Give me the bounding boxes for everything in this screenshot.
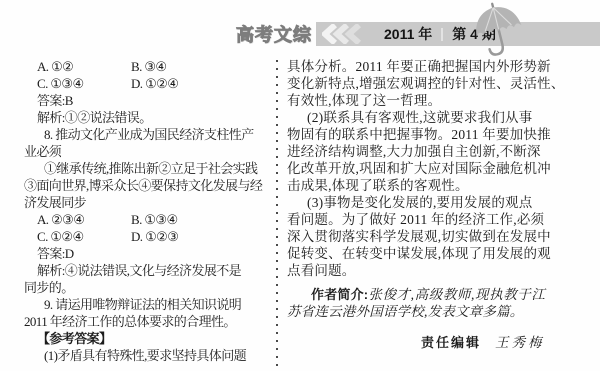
text-line: 具体分析。2011 年要正确把握国内外形势新 [287,58,580,75]
text-line: ③面向世界,博采众长④要保持文化发展与经 [24,177,276,194]
text-line: (2)联系具有客观性,这就要求我们从事 [287,109,580,126]
text-line: 促转变、在转变中谋发展,体现了用发展的观 [287,245,580,262]
author-intro-line: 作者简介:张俊才,高级教师,现执教于江 [287,286,580,303]
text-line: 同步的。 [24,279,276,296]
text-line: C. ①③④D. ①②④ [24,75,276,92]
answer-option: C. ①③④ [37,75,131,92]
triple-left-chevron-icon [322,24,366,44]
text-line: 化改革开放,巩固和扩大应对国际金融危机冲 [287,160,580,177]
text-line: 8. 推动文化产业成为国民经济支柱性产 [24,126,276,143]
text-line: 击成果,体现了联系的客观性。 [287,177,580,194]
text-line: A. ②③④B. ①③④ [24,211,276,228]
author-intro-line: 苏省连云港外国语学校,发表文章多篇。 [287,303,580,320]
answer-option: C. ①②④ [37,228,131,245]
left-column: A. ①②B. ③④C. ①③④D. ①②④答案:B解析:①②说法错误。8. 推… [24,58,276,364]
right-column-text: 具体分析。2011 年要正确把握国内外形势新变化新特点,增强宏观调控的针对性、灵… [287,58,580,279]
magazine-title: 高考文综 [236,24,312,46]
text-line: 解析:④说法错误,文化与经济发展不是 [24,262,276,279]
text-line: 答案:B [24,92,276,109]
issue-separator [441,28,443,41]
text-line: 2011 年经济工作的总体要求的合理性。 [24,313,276,330]
text-line: 看问题。为了做好 2011 年的经济工作,必须 [287,211,580,228]
text-line: 点看问题。 [287,262,580,279]
answer-option: D. ①②③ [131,228,178,245]
text-line: 答案:D [24,245,276,262]
text-line: 【参考答案】 [24,330,276,347]
text-line: 有效性,体现了这一哲理。 [287,92,580,109]
issue-year: 2011 年 [384,24,432,44]
text-line: 变化新特点,增强宏观调控的针对性、灵活性、 [287,75,580,92]
umbrella-icon [468,2,530,60]
text-line: C. ①②④D. ①②③ [24,228,276,245]
author-intro-label: 作者简介: [311,287,368,302]
text-line: 物固有的联系中把握事物。2011 年要加快推 [287,126,580,143]
text-line: (3)事物是变化发展的,要用发展的观点 [287,194,580,211]
author-intro: 作者简介:张俊才,高级教师,现执教于江 苏省连云港外国语学校,发表文章多篇。 [287,286,580,320]
text-line: 9. 请运用唯物辩证法的相关知识说明 [24,296,276,313]
editor-label: 责任编辑 [421,335,481,350]
author-intro-text: 张俊才,高级教师,现执教于江 [368,287,545,302]
text-line: 济发展同步 [24,194,276,211]
magazine-page: 高考文综 2011 年 第 4 期 A. ①②B. ③④C. ①③④D. ①② [0,0,600,371]
text-line: 业必须 [24,143,276,160]
text-line: 深入贯彻落实科学发展观,切实做到在发展中 [287,228,580,245]
text-line: ①继承传统,推陈出新②立足于社会实践 [24,160,276,177]
right-column: 具体分析。2011 年要正确把握国内外形势新变化新特点,增强宏观调控的针对性、灵… [287,58,580,351]
answer-option: A. ②③④ [37,211,131,228]
text-line: 解析:①②说法错误。 [24,109,276,126]
answer-option: A. ①② [37,58,131,75]
text-line: 进经济结构调整,大力加强自主创新,不断深 [287,143,580,160]
answer-option: B. ①③④ [131,211,178,228]
text-line: A. ①②B. ③④ [24,58,276,75]
answer-option: B. ③④ [131,58,166,75]
editor-name: 王秀梅 [495,335,545,350]
column-divider [275,60,278,371]
answer-option: D. ①②④ [131,75,178,92]
editor-credit: 责任编辑王秀梅 [287,334,580,351]
issue-bar: 2011 年 第 4 期 [316,22,600,46]
text-line: (1)矛盾具有特殊性,要求坚持具体问题 [24,347,276,364]
